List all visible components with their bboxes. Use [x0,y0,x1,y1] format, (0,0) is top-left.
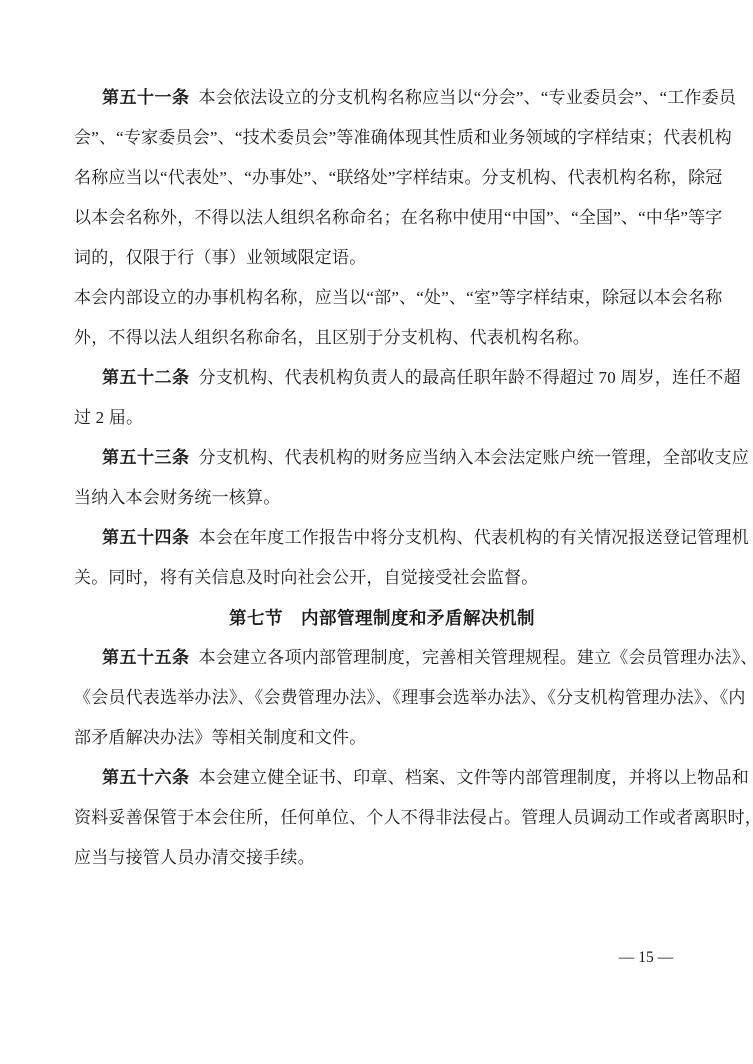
article-54-line-1: 第五十四条本会在年度工作报告中将分支机构、代表机构的有关情况报送登记管理机 [74,518,690,558]
article-51-text: 本会依法设立的分支机构名称应当以“分会”、“专业委员会”、“工作委员 [199,88,737,107]
article-54-text: 本会在年度工作报告中将分支机构、代表机构的有关情况报送登记管理机 [199,528,749,547]
article-51-line-4: 以本会名称外，不得以法人组织名称命名；在名称中使用“中国”、“全国”、“中华”等… [74,198,690,238]
article-53-text: 分支机构、代表机构的财务应当纳入本会法定账户统一管理，全部收支应 [199,448,749,467]
document-page: 第五十一条本会依法设立的分支机构名称应当以“分会”、“专业委员会”、“工作委员 … [0,0,753,1064]
article-56-number: 第五十六条 [102,768,190,787]
article-51-line-1: 第五十一条本会依法设立的分支机构名称应当以“分会”、“专业委员会”、“工作委员 [74,78,690,118]
article-52-line-2: 过 2 届。 [74,398,690,438]
article-53-number: 第五十三条 [102,448,190,467]
internal-offices-line-1: 本会内部设立的办事机构名称，应当以“部”、“处”、“室”等字样结束，除冠以本会名… [74,278,690,318]
article-56-line-1: 第五十六条本会建立健全证书、印章、档案、文件等内部管理制度，并将以上物品和 [74,758,690,798]
article-53-line-2: 当纳入本会财务统一核算。 [74,478,690,518]
article-56-line-3: 应当与接管人员办清交接手续。 [74,838,690,878]
article-51-line-5: 词的，仅限于行（事）业领域限定语。 [74,238,690,278]
article-55-line-3: 部矛盾解决办法》等相关制度和文件。 [74,718,690,758]
article-52-line-1: 第五十二条分支机构、代表机构负责人的最高任职年龄不得超过 70 周岁，连任不超 [74,358,690,398]
article-54-line-2: 关。同时，将有关信息及时向社会公开，自觉接受社会监督。 [74,558,690,598]
article-56-text: 本会建立健全证书、印章、档案、文件等内部管理制度，并将以上物品和 [199,768,749,787]
article-55-line-1: 第五十五条本会建立各项内部管理制度，完善相关管理规程。建立《会员管理办法》、 [74,638,690,678]
article-56-line-2: 资料妥善保管于本会住所，任何单位、个人不得非法侵占。管理人员调动工作或者离职时， [74,798,690,838]
article-51-line-2: 会”、“专家委员会”、“技术委员会”等准确体现其性质和业务领域的字样结束；代表机… [74,118,690,158]
document-body: 第五十一条本会依法设立的分支机构名称应当以“分会”、“专业委员会”、“工作委员 … [74,78,690,878]
article-51-number: 第五十一条 [102,88,190,107]
article-52-text: 分支机构、代表机构负责人的最高任职年龄不得超过 70 周岁，连任不超 [199,368,741,387]
section-7-heading: 第七节 内部管理制度和矛盾解决机制 [74,598,690,638]
article-53-line-1: 第五十三条分支机构、代表机构的财务应当纳入本会法定账户统一管理，全部收支应 [74,438,690,478]
article-54-number: 第五十四条 [102,528,190,547]
internal-offices-line-2: 外，不得以法人组织名称命名，且区别于分支机构、代表机构名称。 [74,318,690,358]
article-55-text: 本会建立各项内部管理制度，完善相关管理规程。建立《会员管理办法》、 [199,648,753,667]
page-number: — 15 — [596,946,696,970]
article-55-number: 第五十五条 [102,648,190,667]
article-51-line-3: 名称应当以“代表处”、“办事处”、“联络处”字样结束。分支机构、代表机构名称，除… [74,158,690,198]
article-55-line-2: 《会员代表选举办法》、《会费管理办法》、《理事会选举办法》、《分支机构管理办法》… [74,678,690,718]
article-52-number: 第五十二条 [102,368,190,387]
